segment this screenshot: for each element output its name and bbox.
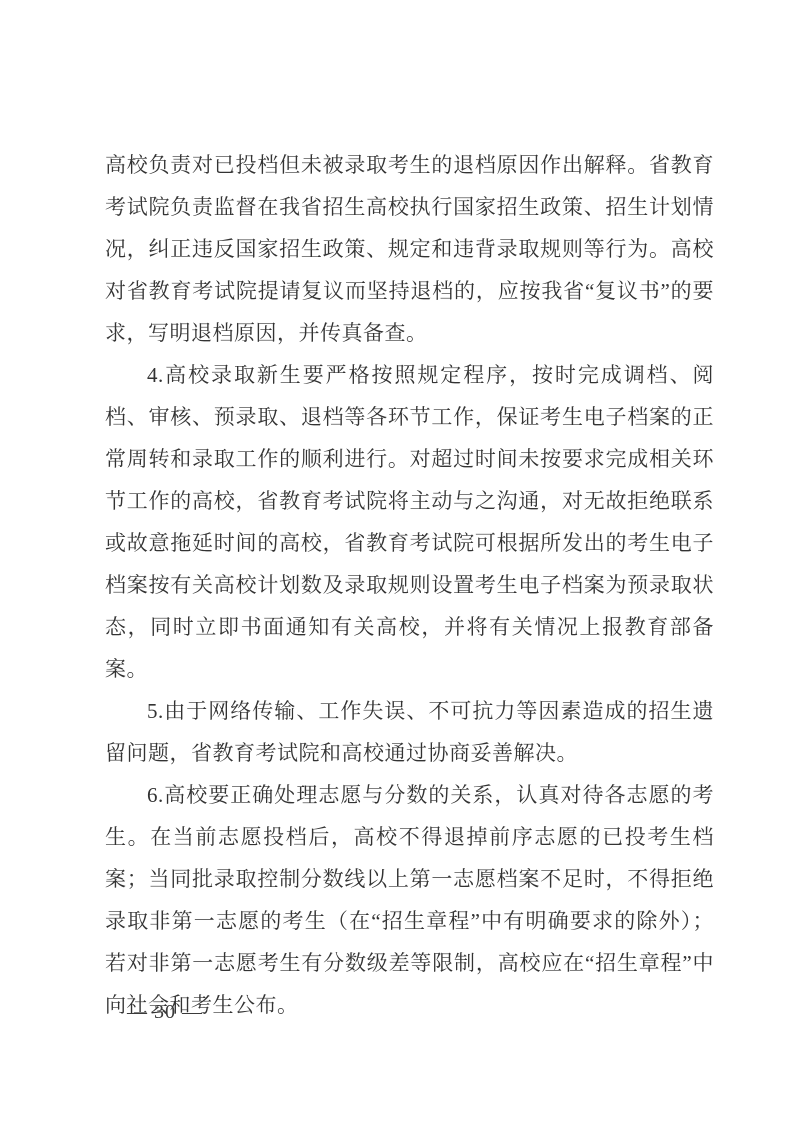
paragraph: 4.高校录取新生要严格按照规定程序，按时完成调档、阅档、审核、预录取、退档等各环… xyxy=(105,354,714,690)
paragraph: 高校负责对已投档但未被录取考生的退档原因作出解释。省教育考试院负责监督在我省招生… xyxy=(105,144,714,354)
document-body: 高校负责对已投档但未被录取考生的退档原因作出解释。省教育考试院负责监督在我省招生… xyxy=(105,144,714,1026)
paragraph: 6.高校要正确处理志愿与分数的关系，认真对待各志愿的考生。在当前志愿投档后，高校… xyxy=(105,774,714,1026)
page-number: — 30 — xyxy=(127,1000,203,1024)
paragraph: 5.由于网络传输、工作失误、不可抗力等因素造成的招生遗留问题，省教育考试院和高校… xyxy=(105,690,714,774)
document-page: 高校负责对已投档但未被录取考生的退档原因作出解释。省教育考试院负责监督在我省招生… xyxy=(0,0,794,1123)
